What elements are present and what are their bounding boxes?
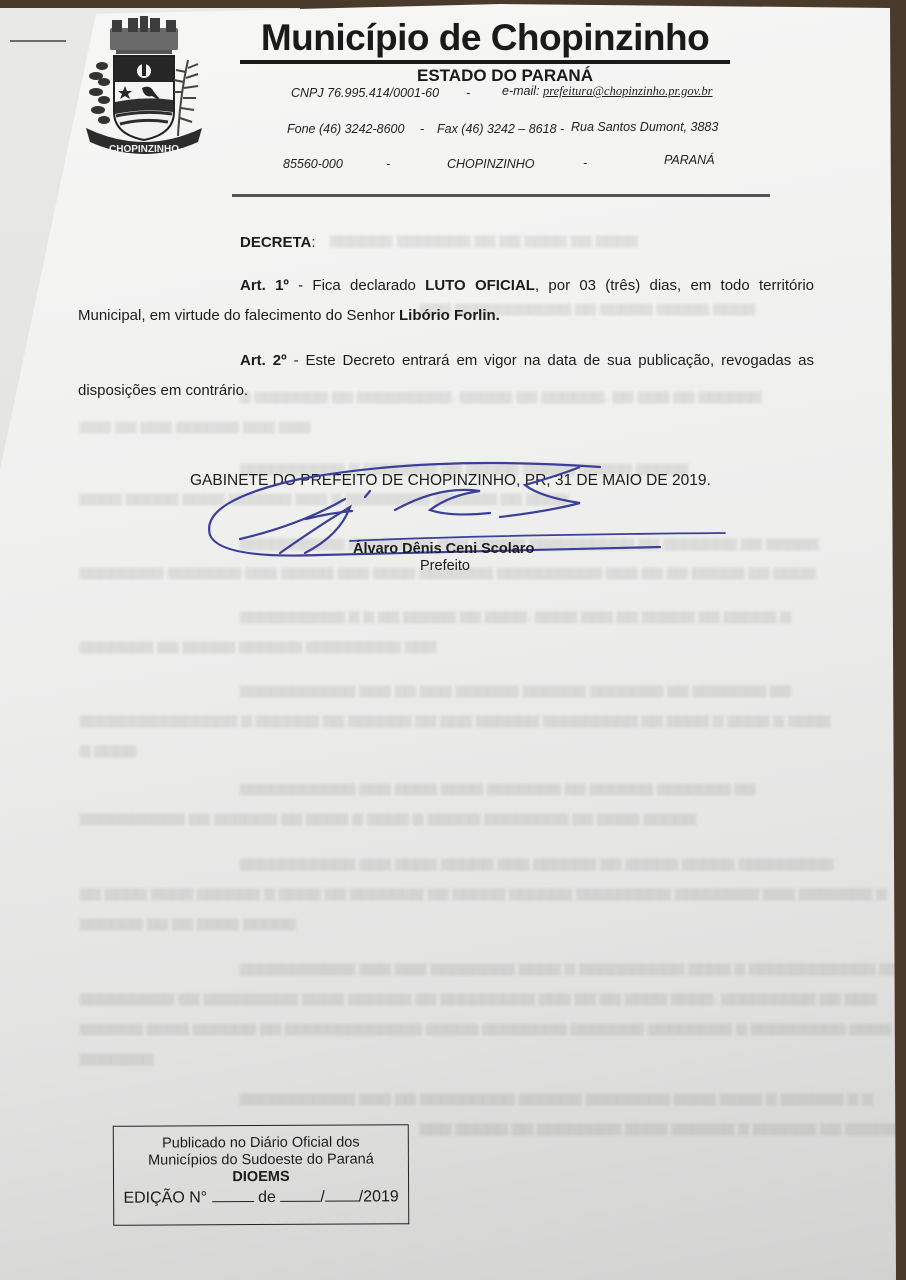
svg-text:CHOPINZINHO: CHOPINZINHO xyxy=(109,144,179,155)
bleed-through-text: ▆▆▆▆▆▆▆▆▆▆▆ ▆▆▆ ▆▆▆▆ ▆▆▆▆▆ ▆▆▆ ▆▆▆▆▆▆ ▆▆… xyxy=(240,855,833,871)
bleed-through-text: ▆▆▆▆▆▆▆▆▆▆▆ ▆▆▆ ▆▆ ▆▆▆▆▆▆▆▆▆ ▆▆▆▆▆▆ ▆▆▆▆… xyxy=(240,1090,873,1106)
cnpj: CNPJ 76.995.414/0001-60 xyxy=(291,86,439,100)
article-2-label: Art. 2º xyxy=(240,352,287,369)
article-1-line-1: Art. 1º - Fica declarado LUTO OFICIAL, p… xyxy=(240,277,814,294)
bleed-through-text: ▆▆▆ ▆▆ ▆▆▆ ▆▆▆▆▆▆ ▆▆▆ ▆▆▆ xyxy=(80,418,311,434)
fax: Fax (46) 3242 – 8618 xyxy=(437,122,557,136)
decree-page: ▆▆▆▆▆▆ ▆▆▆▆▆▆▆ ▆▆ ▆▆ ▆▆▆▆ ▆▆ ▆▆▆▆ ▆▆▆ ▆▆… xyxy=(0,0,896,1280)
phone: Fone (46) 3242-8600 xyxy=(287,122,404,136)
state-abbrev: PARANÁ xyxy=(664,153,714,167)
month-blank xyxy=(325,1188,359,1201)
stamp-edition-line: EDIÇÃO N° de //2019 xyxy=(114,1188,408,1207)
bleed-through-text: ▆▆▆▆▆▆▆▆▆▆▆ ▆▆▆ ▆▆▆ ▆▆▆▆▆▆▆▆ ▆▆▆▆ ▆ ▆▆▆▆… xyxy=(240,960,900,976)
bleed-through-text: ▆▆▆▆▆▆ ▆▆ ▆▆ ▆▆▆▆ ▆▆▆▆▆ xyxy=(80,915,296,931)
separator: - xyxy=(560,122,564,136)
separator: - xyxy=(420,122,424,136)
email-link[interactable]: prefeitura@chopinzinho.pr.gov.br xyxy=(543,84,712,98)
bleed-through-text: ▆▆▆▆▆▆▆▆▆▆ ▆▆ ▆▆▆▆▆▆ ▆▆ ▆▆▆▆ ▆ ▆▆▆▆ ▆ ▆▆… xyxy=(80,810,696,826)
luto-oficial: LUTO OFICIAL xyxy=(425,277,535,294)
municipality-title: Município de Chopinzinho xyxy=(240,18,730,64)
bleed-through-text: ▆▆▆▆▆▆▆ ▆▆ ▆▆▆▆▆ ▆▆▆▆▆▆ ▆▆▆▆▆▆▆▆▆ ▆▆▆ xyxy=(80,638,436,654)
signature-icon xyxy=(180,455,740,575)
email-label: e-mail: xyxy=(502,84,540,98)
article-1-line-2: Municipal, em virtude do falecimento do … xyxy=(78,307,500,324)
bleed-through-text: ▆▆▆▆▆▆▆▆▆ ▆▆ ▆▆▆▆▆▆▆▆▆ ▆▆▆▆ ▆▆▆▆▆▆ ▆▆ ▆▆… xyxy=(80,990,877,1006)
bleed-through-text: ▆▆▆ ▆▆▆▆▆ ▆▆ ▆▆▆▆▆▆▆▆ ▆▆▆▆ ▆▆▆▆▆▆ ▆ ▆▆▆▆… xyxy=(420,1120,906,1136)
signer-title: Prefeito xyxy=(420,558,470,574)
bleed-through-text: ▆▆▆▆▆▆ ▆▆▆▆ ▆▆▆▆▆▆ ▆▆ ▆▆▆▆▆▆▆▆▆▆▆▆▆ ▆▆▆▆… xyxy=(80,1020,906,1036)
bleed-through-text: ▆▆▆▆▆▆▆▆▆▆▆ ▆▆▆ ▆▆▆▆ ▆▆▆▆ ▆▆▆▆▆▆▆ ▆▆ ▆▆▆… xyxy=(240,780,756,796)
publication-stamp: Publicado no Diário Oficial dos Municípi… xyxy=(113,1124,410,1226)
article-1-label: Art. 1º xyxy=(240,277,289,294)
separator: - xyxy=(386,157,390,171)
edition-number-blank xyxy=(212,1189,254,1202)
separator: - xyxy=(583,156,587,170)
bleed-through-text: ▆▆▆▆▆▆▆▆▆▆▆ ▆▆▆ ▆▆ ▆▆▆ ▆▆▆▆▆▆ ▆▆▆▆▆▆ ▆▆▆… xyxy=(240,682,791,698)
cep: 85560-000 xyxy=(283,157,343,171)
bleed-through-text: ▆▆▆▆▆▆▆▆▆▆▆▆▆▆▆ ▆ ▆▆▆▆▆▆ ▆▆ ▆▆▆▆▆▆ ▆▆ ▆▆… xyxy=(80,712,830,728)
signer-name: Álvaro Dênis Ceni Scolaro xyxy=(353,541,534,557)
city: CHOPINZINHO xyxy=(447,157,535,171)
day-blank xyxy=(280,1189,320,1202)
underlying-sheet-mark xyxy=(10,40,66,42)
state-name: ESTADO DO PARANÁ xyxy=(240,66,770,86)
separator: - xyxy=(466,86,470,100)
bleed-through-text: ▆▆▆▆▆▆▆▆▆▆ ▆ ▆ ▆▆ ▆▆▆▆▆ ▆▆ ▆▆▆▆, ▆▆▆▆ ▆▆… xyxy=(240,608,791,624)
bleed-through-text: ▆▆ ▆▆▆▆ ▆▆▆▆ ▆▆▆▆▆▆ ▆ ▆▆▆▆ ▆▆ ▆▆▆▆▆▆▆ ▆▆… xyxy=(80,885,887,901)
decree-heading: DECRETA: xyxy=(240,234,316,251)
article-2-line-2: disposições em contrário. xyxy=(78,382,248,399)
article-2-line-1: Art. 2º - Este Decreto entrará em vigor … xyxy=(240,352,814,369)
bleed-through-text: ▆ ▆▆▆▆▆▆▆ ▆▆ ▆▆▆▆▆▆▆▆▆, ▆▆▆▆▆ ▆▆ ▆▆▆▆▆▆,… xyxy=(240,388,762,404)
stamp-line-3: DIOEMS xyxy=(114,1168,408,1187)
stamp-line-1: Publicado no Diário Oficial dos xyxy=(114,1134,408,1153)
stamp-line-2: Municípios do Sudoeste do Paraná xyxy=(114,1151,408,1170)
bleed-through-text: ▆▆▆▆▆▆▆ xyxy=(80,1050,153,1066)
address: Rua Santos Dumont, 3883 xyxy=(571,120,718,134)
deceased-name: Libório Forlin. xyxy=(399,307,500,324)
bleed-through-text: ▆▆▆▆▆▆ ▆▆▆▆▆▆▆ ▆▆ ▆▆ ▆▆▆▆ ▆▆ ▆▆▆▆ xyxy=(330,232,638,248)
email-line: e-mail: prefeitura@chopinzinho.pr.gov.br xyxy=(502,84,712,99)
bleed-through-text: ▆ ▆▆▆▆ xyxy=(80,742,137,758)
header-divider xyxy=(232,194,770,197)
municipal-crest-icon: CHOPINZINHO xyxy=(80,16,208,166)
